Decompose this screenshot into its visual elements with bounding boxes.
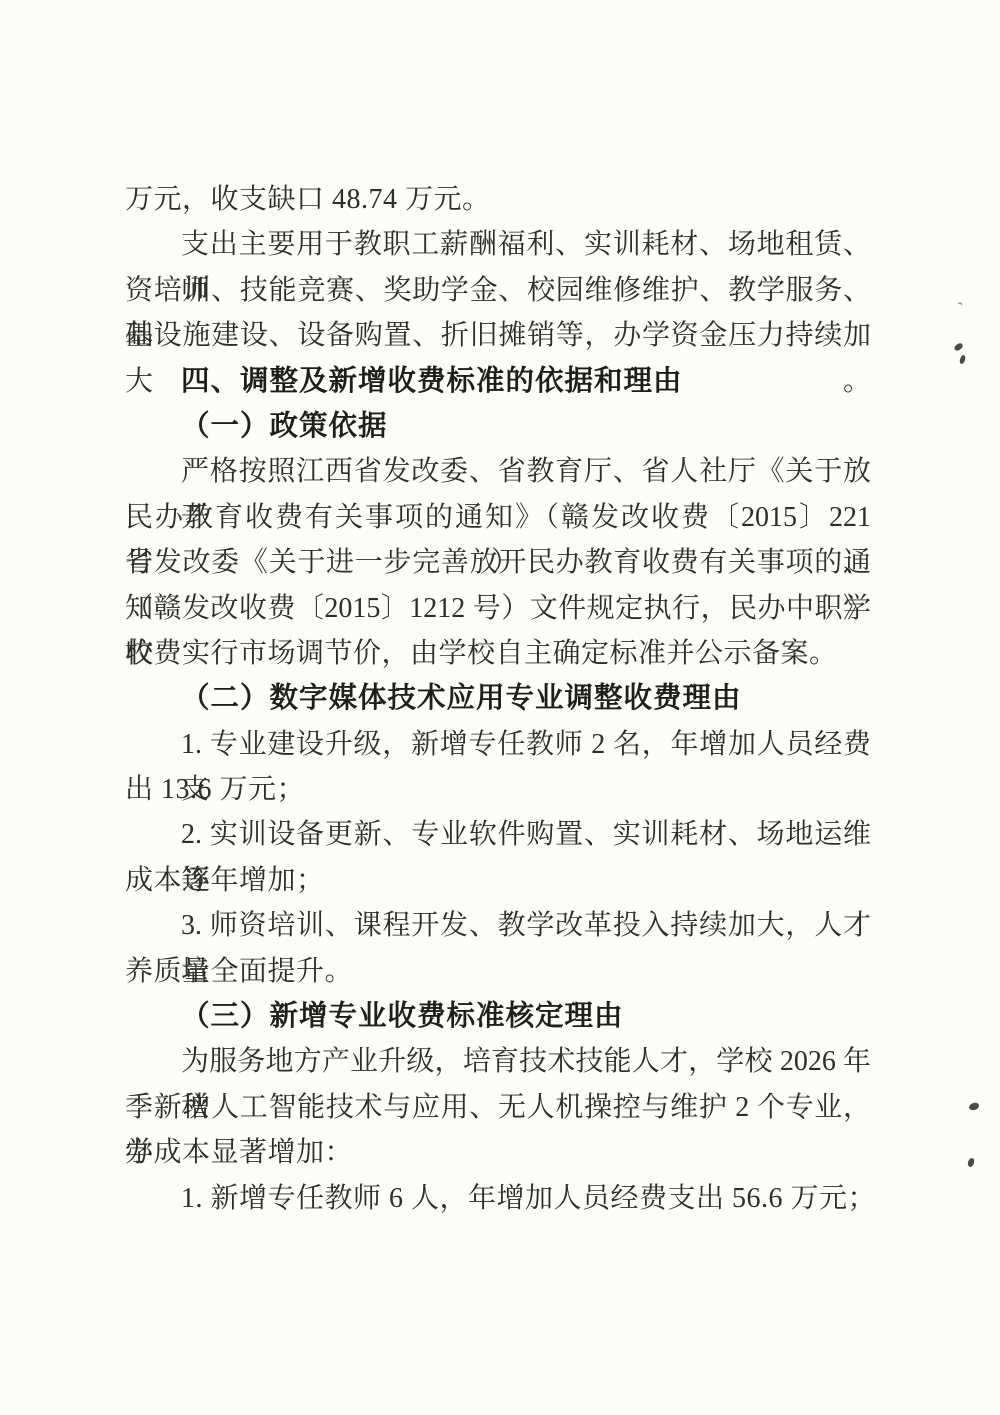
numbered-item-line: 1. 新增专任教师 6 人，年增加人员经费支出 56.6 万元； [125,1176,871,1221]
body-line: 学成本显著增加： [125,1130,871,1175]
numbered-item-line: 2. 实训设备更新、专业软件购置、实训耗材、场地运维等 [125,812,871,857]
document-text-block: 万元，收支缺口 48.74 万元。 支出主要用于教职工薪酬福利、实训耗材、场地租… [125,177,871,1221]
numbered-item-line: 成本逐年增加； [125,858,871,903]
body-line: 民办教育收费有关事项的通知》（赣发改收费〔2015〕221 号）、 [125,495,871,540]
subsection-heading: （二）数字媒体技术应用专业调整收费理由 [125,676,871,721]
body-line: （赣发改收费〔2015〕1212 号）文件规定执行，民办中职学校 [125,586,871,631]
body-line: 为服务地方产业升级，培育技术技能人才，学校 2026 年秋 [125,1039,871,1084]
scan-speck [953,342,964,352]
body-line: 础设施建设、设备购置、折旧摊销等，办学资金压力持续加大。 [125,313,871,358]
document-page: 万元，收支缺口 48.74 万元。 支出主要用于教职工薪酬福利、实训耗材、场地租… [0,0,1000,1415]
body-line: 收费实行市场调节价，由学校自主确定标准并公示备案。 [125,631,871,676]
body-line: 省发改委《关于进一步完善放开民办教育收费有关事项的通知》 [125,540,871,585]
body-line: 季新增人工智能技术与应用、无人机操控与维护 2 个专业，办 [125,1085,871,1130]
body-line: 万元，收支缺口 48.74 万元。 [125,177,871,222]
body-line: 严格按照江西省发改委、省教育厅、省人社厅《关于放开 [125,449,871,494]
scan-speck [956,301,963,309]
body-line: 资培训、技能竞赛、奖助学金、校园维修维护、教学服务、基 [125,268,871,313]
subsection-heading: （三）新增专业收费标准核定理由 [125,994,871,1039]
numbered-item-line: 3. 师资培训、课程开发、教学改革投入持续加大，人才培 [125,903,871,948]
numbered-item-line: 出 13.6 万元； [125,767,871,812]
subsection-heading: （一）政策依据 [125,404,871,449]
numbered-item-line: 1. 专业建设升级，新增专任教师 2 名，年增加人员经费支 [125,722,871,767]
numbered-item-line: 养质量全面提升。 [125,949,871,994]
body-line: 支出主要用于教职工薪酬福利、实训耗材、场地租赁、师 [125,222,871,267]
scan-speck [959,355,966,365]
scan-speck [969,1102,980,1110]
scan-speck [967,1158,974,1168]
